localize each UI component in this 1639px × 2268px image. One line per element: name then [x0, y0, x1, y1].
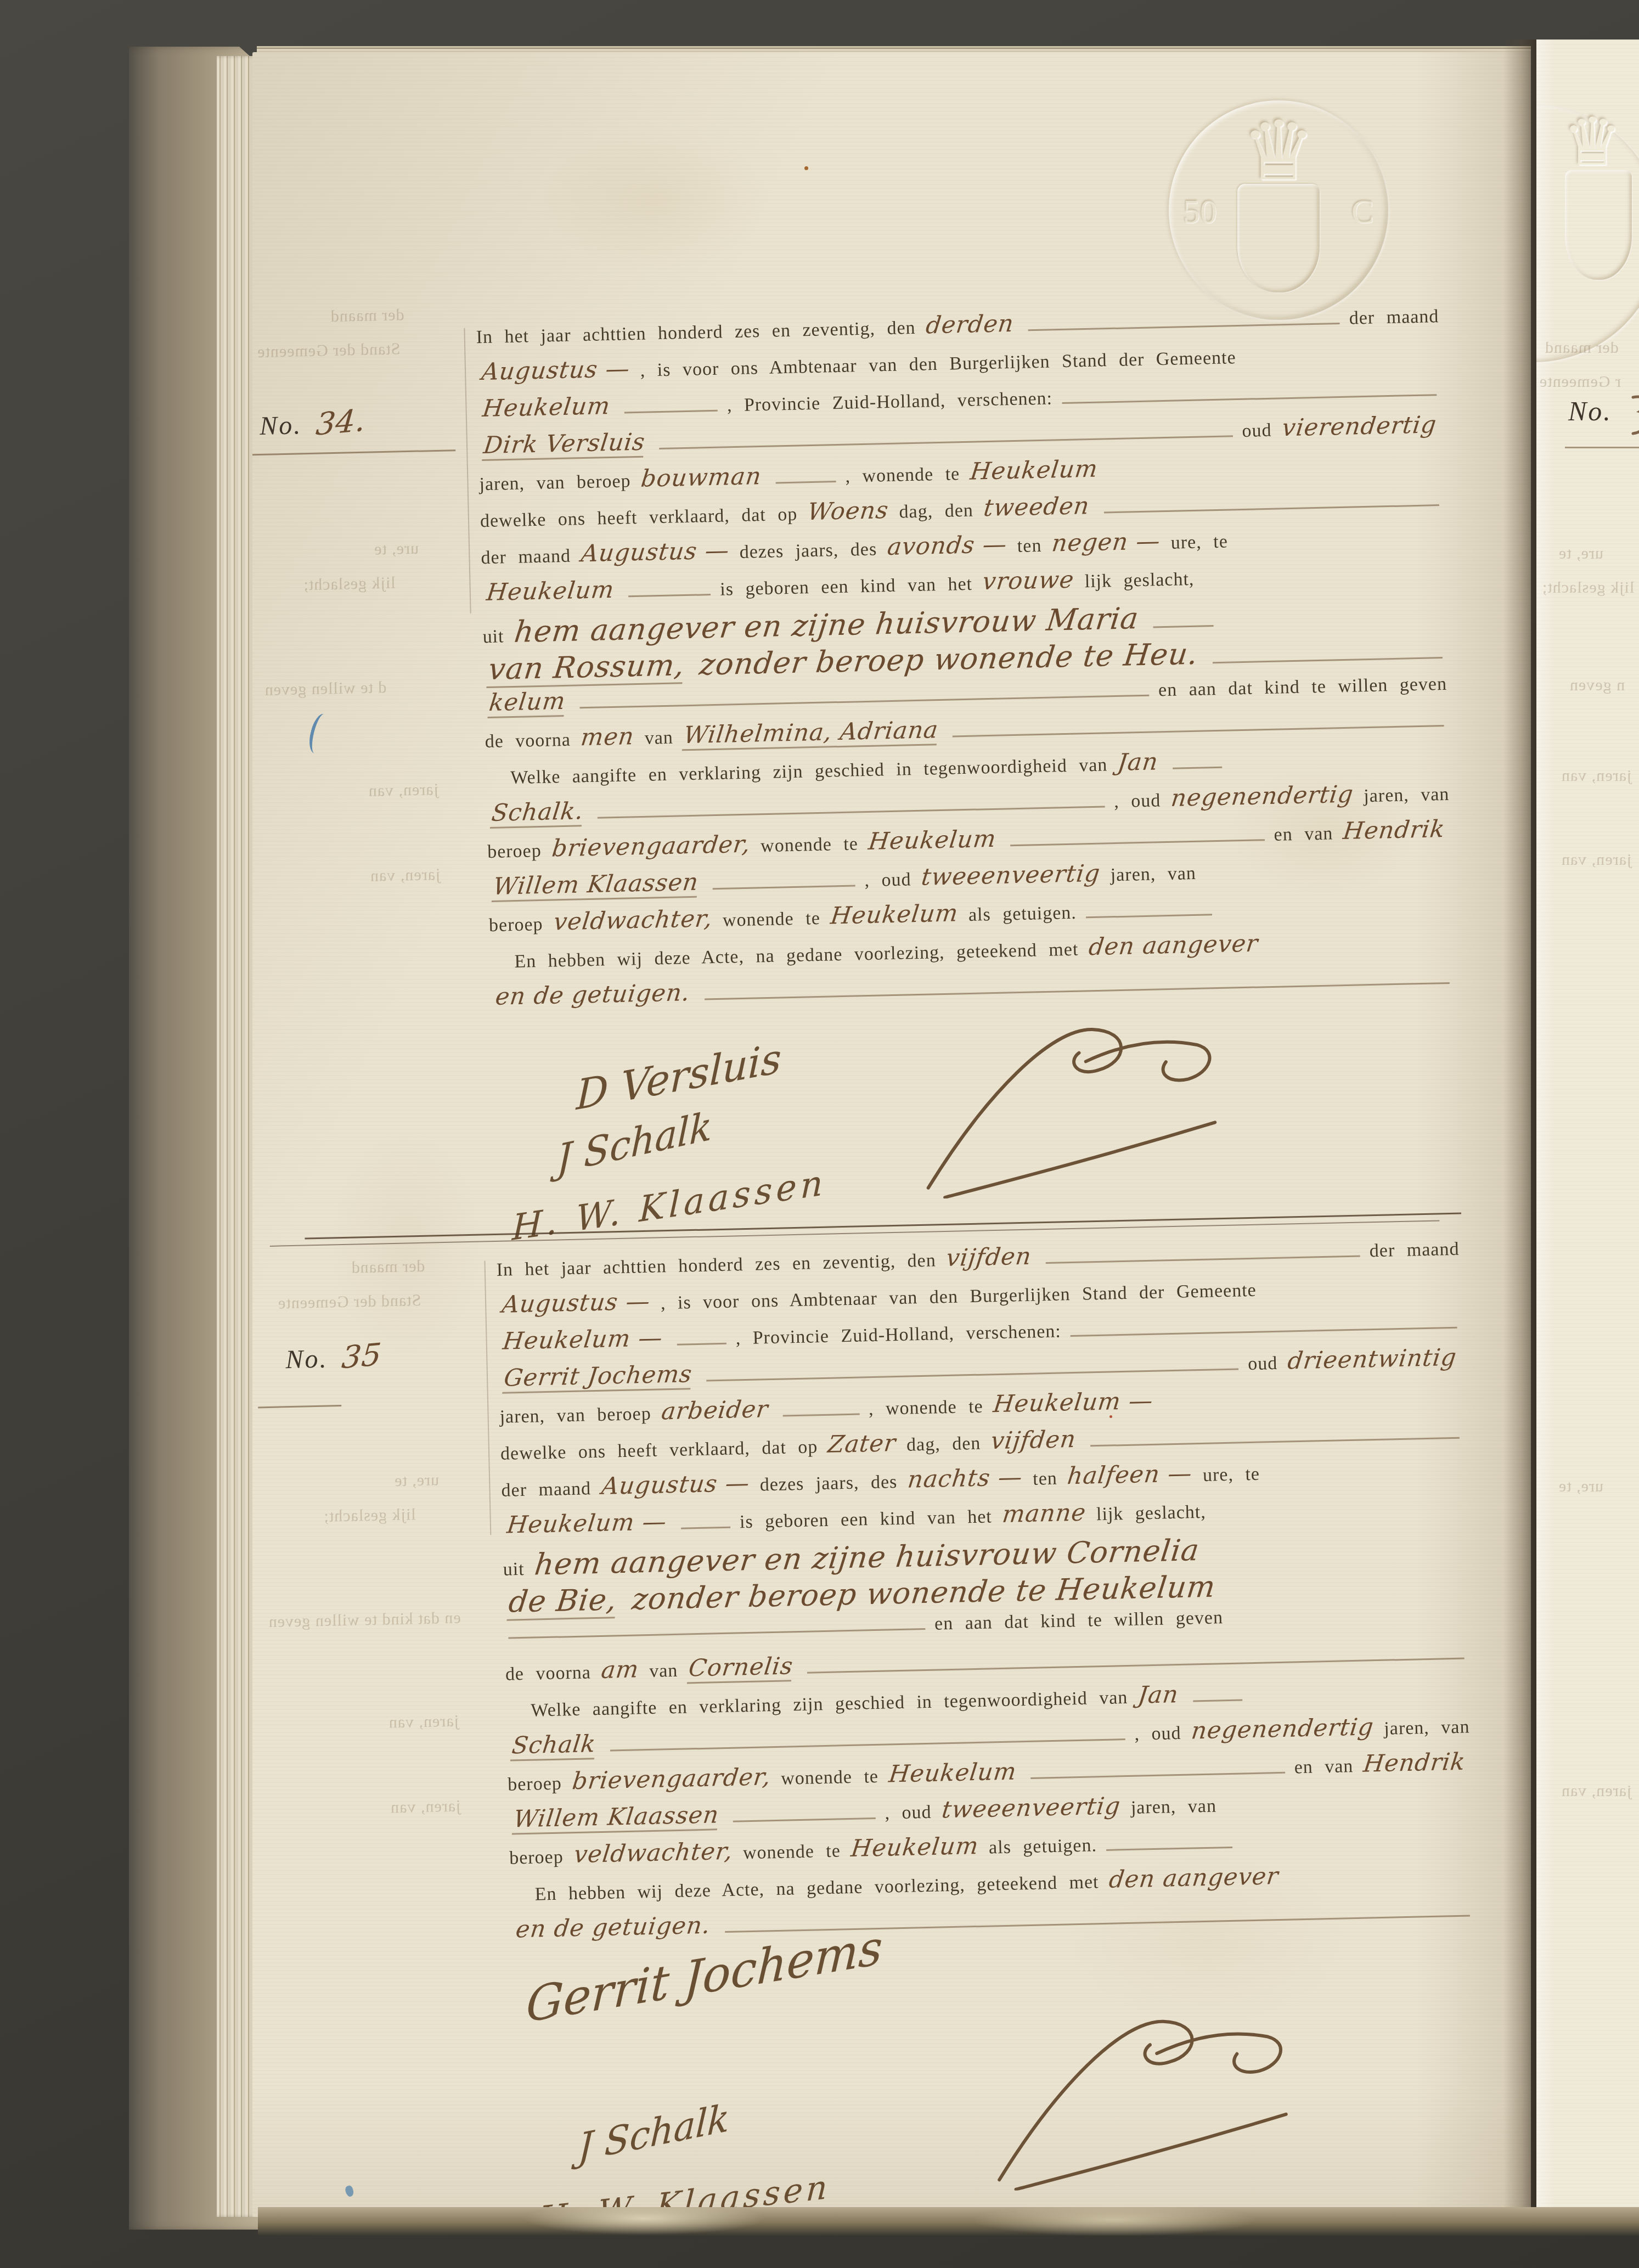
handwritten-text: brievengaarder,	[550, 832, 752, 862]
bleed-through-text: jaren, van	[368, 780, 438, 801]
crown-icon: ♛	[1563, 104, 1622, 181]
bleed-through-text: ure, te	[374, 539, 419, 559]
handwritten-text: Heukelum	[481, 394, 612, 421]
form-vertical-rule	[484, 1260, 491, 1535]
printed-text: , Provincie Zuid-Holland, verschenen:	[727, 389, 1053, 415]
handwritten-text: Heukelum —	[505, 1510, 668, 1538]
pen-rule	[1104, 504, 1439, 513]
printed-text: jaren, van beroep	[499, 1404, 651, 1427]
pen-rule	[508, 1628, 925, 1639]
page-content: der maandStand der Gemeenteure, telijk g…	[252, 52, 1531, 2217]
bleed-through-text: der maand	[1545, 339, 1619, 357]
handwritten-text: tweeenveertig	[920, 862, 1102, 890]
printed-text: ten	[1017, 536, 1041, 556]
printed-text: der maand	[1349, 307, 1439, 328]
act-number-printed: No.	[285, 1344, 328, 1375]
act-number-printed: No.	[260, 410, 302, 441]
act-number-handwritten: 34.	[314, 403, 367, 443]
printed-text: als getuigen.	[968, 903, 1077, 925]
printed-text: van	[644, 728, 673, 749]
handwritten-text: Schalk	[510, 1732, 598, 1762]
handwritten-text: Hendrik	[1362, 1750, 1467, 1777]
handwritten-text: Augustus —	[480, 357, 631, 385]
bleed-through-layer: der maandStand der Gemeenteure, telijk g…	[252, 52, 1507, 56]
pen-rule	[782, 1414, 859, 1417]
bleed-through-text: n geven	[1569, 676, 1625, 695]
act-number-underline	[258, 1405, 341, 1408]
handwritten-text: drieentwintig	[1287, 1346, 1458, 1374]
printed-text: ure, te	[1203, 1465, 1260, 1485]
register-left-page: ♛ 50 C der maandStand der Gemeenteure, t…	[252, 52, 1531, 2217]
pen-rule	[624, 410, 718, 414]
bleed-through-text: lijk geslacht;	[323, 1505, 416, 1526]
printed-text: dewelke ons heeft verklaard, dat op	[480, 505, 798, 531]
handwritten-text: negen —	[1051, 529, 1162, 556]
handwritten-text: Jan	[1117, 750, 1160, 775]
handwritten-text: de Bie,	[506, 1584, 618, 1620]
handwritten-text: Schalk.	[490, 799, 585, 829]
handwritten-text: vijfden	[945, 1245, 1033, 1271]
printed-text: oud	[1242, 421, 1272, 441]
pen-rule	[628, 594, 711, 597]
printed-text: , oud	[1134, 1724, 1181, 1744]
handwritten-text: Gerrit Jochems	[502, 1362, 694, 1394]
handwritten-text: Augustus —	[501, 1290, 652, 1318]
printed-text: dezes jaars, des	[759, 1472, 897, 1495]
printed-text: der maand	[1370, 1240, 1460, 1261]
act-text-block: In het jaar achttien honderd zes en zeve…	[473, 302, 1456, 1022]
handwritten-text: brievengaarder,	[571, 1765, 772, 1794]
handwritten-text: veldwachter,	[552, 907, 714, 935]
pen-rule	[610, 1738, 1125, 1751]
bleed-through-text: r Gemeente	[1539, 373, 1621, 391]
pen-rule	[776, 481, 836, 483]
bleed-through-text: jaren, van	[388, 1712, 459, 1732]
bleed-through-text: ure, te	[1558, 544, 1603, 563]
partial-handwritten-digit	[1629, 393, 1639, 437]
handwritten-text: am	[600, 1657, 640, 1683]
form-vertical-rule	[464, 328, 471, 614]
handwritten-text: en de getuigen.	[494, 981, 691, 1010]
printed-text: van	[649, 1661, 678, 1681]
printed-text: dag, den	[899, 501, 973, 522]
bleed-through-text: d te willen geven	[264, 678, 386, 700]
bleed-through-text: der maand	[330, 306, 404, 326]
printed-text: , wonende te	[845, 464, 960, 486]
printed-text: is geboren een kind van het	[740, 1507, 993, 1532]
printed-text: beroep	[489, 915, 543, 936]
printed-text: In het jaar achttien honderd zes en zeve…	[476, 318, 916, 347]
handwritten-text: en de getuigen.	[514, 1914, 712, 1943]
printed-text: jaren, van	[1384, 1717, 1470, 1738]
pen-rule	[953, 725, 1444, 738]
printed-text: beroep	[508, 1774, 562, 1795]
pen-rule	[1090, 1437, 1460, 1447]
printed-text: , Provincie Zuid-Holland, verschenen:	[735, 1321, 1061, 1348]
handwritten-text: den aangever	[1108, 1864, 1280, 1893]
printed-text: ten	[1033, 1469, 1057, 1489]
pen-rule	[713, 885, 855, 890]
pen-rule	[706, 1368, 1239, 1381]
printed-text: lijk geslacht,	[1084, 570, 1194, 592]
handwritten-text: Heukelum	[968, 457, 1099, 485]
printed-text: der maand	[481, 547, 571, 568]
handwritten-text: bouwman	[640, 464, 763, 492]
pen-rule	[598, 806, 1105, 819]
printed-text: uit	[503, 1560, 525, 1580]
handwritten-text: Heukelum	[829, 901, 960, 928]
handwritten-text: Cornelis	[686, 1654, 794, 1684]
handwritten-text: Woens	[807, 498, 891, 525]
printed-text: wonende te	[743, 1841, 841, 1863]
bleed-through-text: der maand	[351, 1257, 425, 1277]
pen-rule	[681, 1527, 730, 1529]
printed-text: beroep	[509, 1847, 564, 1868]
bleed-through-text: ure, te	[1558, 1477, 1603, 1496]
act-text-block: In het jaar achttien honderd zes en zeve…	[493, 1235, 1477, 1955]
printed-text: , oud	[885, 1803, 932, 1824]
handwritten-text: Heukelum	[887, 1759, 1018, 1787]
act-separator-line	[305, 1213, 1461, 1240]
handwritten-text: manne	[1001, 1501, 1088, 1528]
bleed-through-text: jaren, van	[1561, 1782, 1631, 1800]
pen-rule	[807, 1658, 1465, 1674]
printed-text: lijk geslacht,	[1096, 1502, 1206, 1524]
pen-rule	[1010, 839, 1265, 846]
printed-text: als getuigen.	[989, 1836, 1097, 1858]
handwritten-text: Heukelum	[849, 1834, 980, 1861]
pen-rule	[1046, 1256, 1360, 1264]
handwritten-text: Zater	[827, 1431, 898, 1457]
signature-witness-1: J Schalk	[577, 2096, 730, 2170]
handwritten-text: men	[579, 724, 635, 750]
handwritten-text: nachts —	[906, 1465, 1023, 1493]
printed-text: uit	[482, 627, 504, 647]
printed-text: de voorna	[505, 1663, 592, 1684]
pen-rule	[1030, 1772, 1285, 1779]
handwritten-text: Wilhelmina, Adriana	[682, 718, 940, 751]
printed-text: , wonende te	[869, 1397, 984, 1419]
printed-text: wonende te	[761, 834, 859, 856]
pen-rule	[677, 1343, 726, 1346]
printed-text: en van	[1274, 824, 1333, 845]
registrar-signature-flourish	[979, 1997, 1312, 2191]
handwritten-text: negenendertig	[1170, 783, 1355, 812]
handwritten-text: Hendrik	[1342, 817, 1447, 844]
handwritten-text: Heukelum —	[502, 1326, 664, 1354]
handwritten-text: kelum	[487, 689, 567, 718]
printed-text: jaren, van	[1110, 864, 1196, 885]
bleed-through-text: lijk geslacht;	[1542, 578, 1634, 597]
pen-rule	[1106, 1847, 1232, 1851]
printed-text: In het jaar achttien honderd zes en zeve…	[496, 1251, 936, 1280]
handwritten-text: den aangever	[1088, 931, 1260, 960]
act-number-label: No.34.	[259, 404, 365, 442]
handwritten-text: Augustus —	[579, 538, 730, 566]
pen-rule	[1071, 1327, 1457, 1337]
printed-text: ure, te	[1170, 532, 1228, 553]
printed-text: , oud	[1114, 791, 1161, 812]
bleed-through-text: Stand der Gemeente	[257, 340, 401, 362]
register-right-page-edge: ♛ der maandr Gemeenteure, telijk geslach…	[1536, 40, 1639, 2211]
printed-text: dag, den	[906, 1434, 981, 1455]
printed-text: is geboren een kind van het	[720, 575, 973, 600]
printed-text: dezes jaars, des	[739, 539, 877, 562]
pen-rule	[1062, 394, 1437, 404]
handwritten-text: Dirk Versluis	[482, 430, 646, 462]
handwritten-text: vierendertig	[1281, 413, 1438, 441]
handwritten-text: avonds —	[886, 532, 1008, 560]
handwritten-text: veldwachter,	[572, 1839, 734, 1868]
pen-rule	[1213, 657, 1443, 663]
handwritten-text: Heukelum	[867, 827, 998, 854]
printed-text: en aan dat kind te willen geven	[1158, 674, 1447, 700]
registrar-signature-flourish	[908, 1005, 1241, 1199]
shield-icon	[1565, 170, 1632, 280]
bleed-through-text: en dat kind te willen geven	[268, 1608, 461, 1631]
printed-text: dewelke ons heeft verklaard, dat op	[500, 1437, 818, 1464]
printed-text: jaren, van	[1364, 785, 1450, 806]
printed-text: jaren, van	[1131, 1797, 1217, 1818]
printed-text: wonende te	[781, 1767, 879, 1789]
handwritten-text: Jan	[1137, 1682, 1180, 1708]
act-number-label: No.35	[285, 1338, 382, 1376]
signature-declarant: D Versluis	[576, 1034, 782, 1119]
pen-rule	[1086, 914, 1212, 918]
handwritten-text: Augustus —	[600, 1471, 751, 1499]
bleed-through-text: lijk geslacht;	[303, 574, 396, 595]
handwritten-text: arbeider	[660, 1397, 770, 1425]
handwritten-text: vrouwe	[981, 568, 1075, 595]
pen-rule	[1193, 1699, 1242, 1702]
pen-rule	[1173, 767, 1222, 769]
pen-rule	[705, 982, 1450, 1000]
bleed-through-layer: der maandStand der Gemeenteure, telijk g…	[252, 52, 1507, 56]
birth-act-34: No.34. In het jaar achttien honderd zes …	[252, 52, 1507, 56]
bleed-through-text: jaren, van	[370, 865, 441, 886]
printed-text: jaren, van beroep	[479, 471, 631, 494]
printed-text: en van	[1294, 1757, 1353, 1777]
bleed-through-text: ure, te	[394, 1471, 440, 1490]
printed-text: de voorna	[485, 730, 571, 752]
handwritten-text: Willem Klaassen	[492, 870, 700, 902]
act-number-printed: No.	[1568, 395, 1612, 427]
handwritten-text: Willem Klaassen	[512, 1803, 720, 1834]
handwritten-text: halfeen —	[1066, 1461, 1194, 1489]
printed-text: oud	[1248, 1354, 1278, 1374]
handwritten-text: tweeenveertig	[940, 1794, 1122, 1822]
handwritten-text: Heukelum	[485, 578, 616, 605]
birth-act-35: No.35 In het jaar achttien honderd zes e…	[252, 52, 1507, 56]
bleed-through-text: Stand der Gemeente	[278, 1291, 421, 1313]
page-bottom-edge	[258, 2207, 1639, 2236]
act-number-underline	[252, 449, 455, 455]
pen-rule	[1153, 625, 1213, 628]
pen-rule	[579, 695, 1149, 709]
bleed-through-text: jaren, van	[390, 1797, 461, 1817]
handwritten-text: derden	[925, 312, 1016, 339]
archive-scan: { "photo": { "backdrop_color": "#403e38"…	[0, 0, 1639, 2268]
pen-rule	[1028, 323, 1340, 331]
pen-rule	[659, 435, 1233, 449]
act-number-underline	[1565, 447, 1639, 448]
act-number-handwritten: 35	[340, 1337, 382, 1376]
bleed-through-text: jaren, van	[1561, 851, 1631, 869]
printed-text: wonende te	[723, 909, 821, 931]
handwritten-text: van Rossum,	[486, 650, 686, 688]
handwritten-text: tweeden	[982, 494, 1091, 521]
printed-text: beroep	[487, 841, 542, 862]
handwritten-text: Heukelum —	[992, 1389, 1154, 1417]
bleed-through-text: jaren, van	[1561, 767, 1631, 785]
pen-rule	[733, 1817, 876, 1822]
printed-text: , oud	[864, 870, 911, 891]
handwritten-text: vijfden	[990, 1427, 1078, 1454]
book-gutter-shadow	[1503, 40, 1536, 2211]
handwritten-text: negenendertig	[1190, 1715, 1375, 1744]
printed-text: der maand	[501, 1479, 591, 1500]
